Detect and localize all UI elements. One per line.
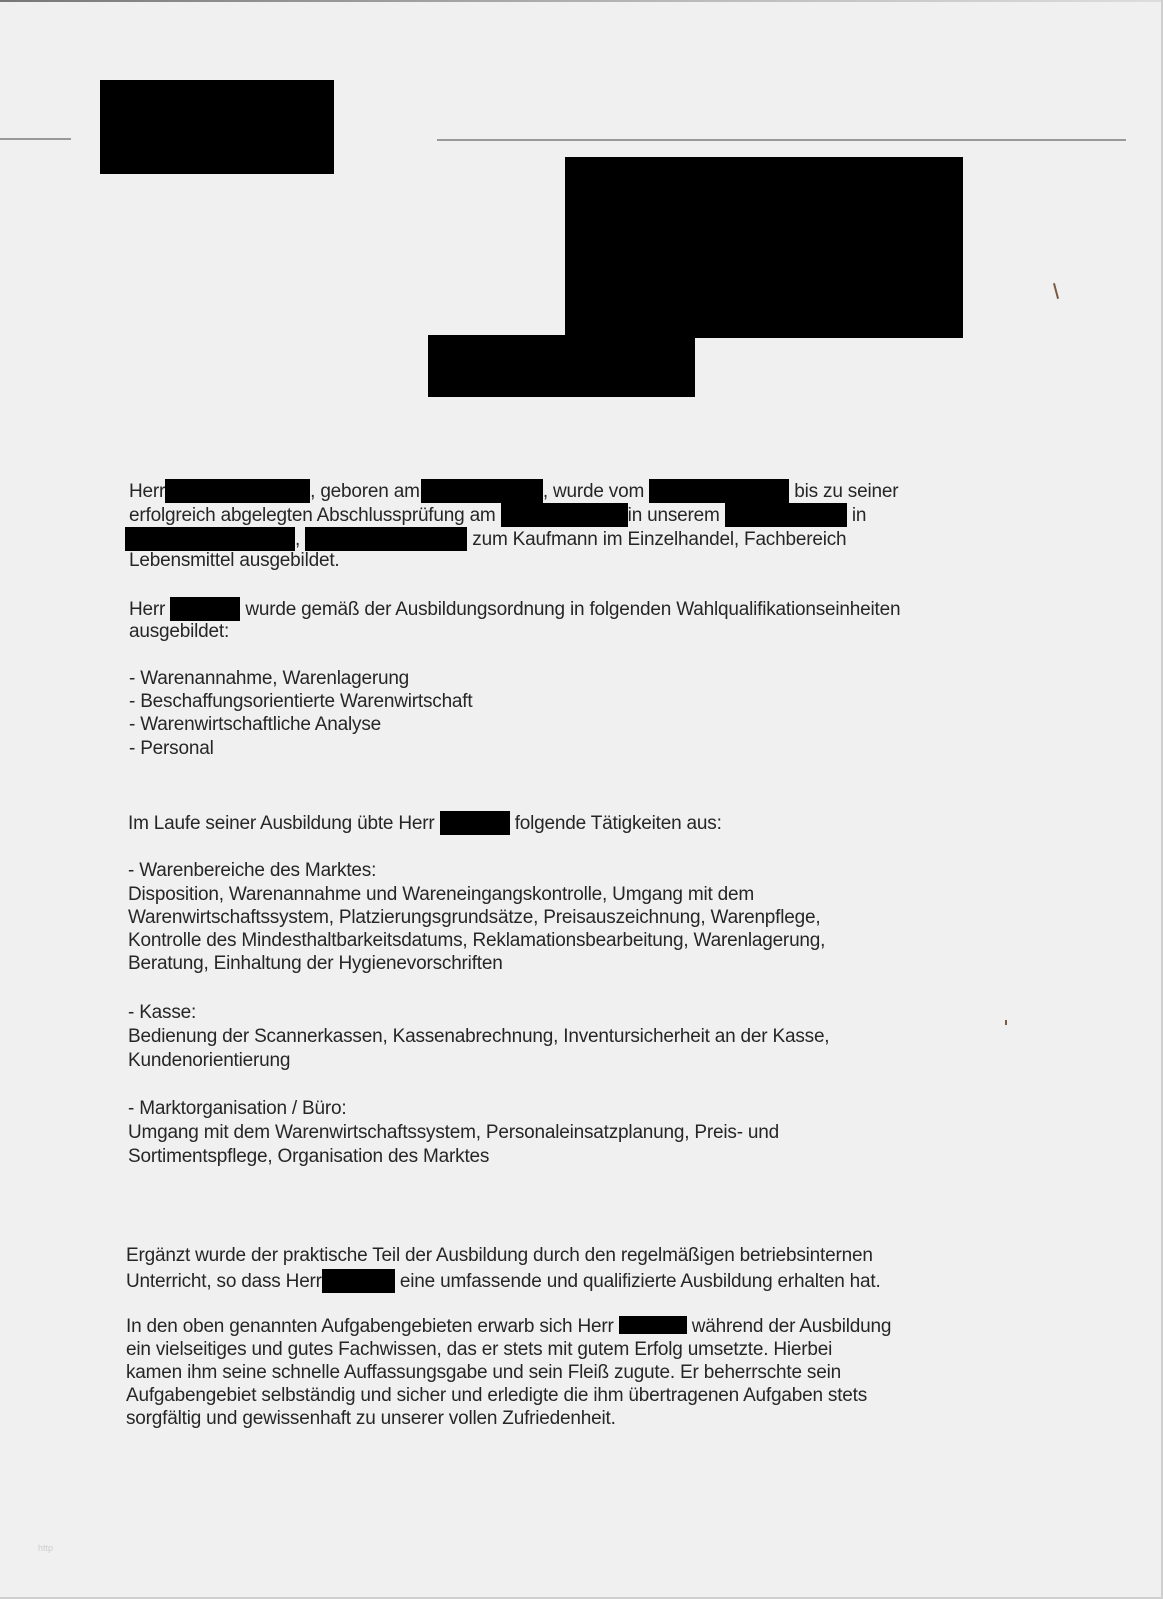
redacted-logo [100, 80, 334, 174]
taetigkeiten-intro: Im Laufe seiner Ausbildung übte Herr fol… [128, 811, 722, 835]
wq-item: - Warenwirtschaftliche Analyse [129, 714, 381, 736]
intro-line-1: Herr, geboren am , wurde vom bis zu sein… [129, 479, 898, 503]
section-line: Warenwirtschaftssystem, Platzierungsgrun… [128, 907, 820, 929]
wq-line-2: ausgebildet: [129, 621, 229, 643]
footer-watermark: http [38, 1543, 53, 1553]
intro-line-3: , zum Kaufmann im Einzelhandel, Fachbere… [125, 527, 846, 551]
unterricht-line-2: Unterricht, so dass Herr eine umfassende… [126, 1269, 881, 1293]
redacted-name [165, 479, 310, 503]
text: wurde gemäß der Ausbildungsordnung in fo… [245, 599, 900, 620]
bewertung-line: Aufgabengebiet selbständig und sicher un… [126, 1385, 867, 1407]
redacted-name [170, 597, 240, 621]
bewertung-line: ein vielseitiges und gutes Fachwissen, d… [126, 1339, 832, 1361]
text: Im Laufe seiner Ausbildung übte Herr [128, 813, 435, 834]
redacted-address-block [565, 157, 963, 338]
redacted-exam-date [501, 503, 628, 527]
text: erfolgreich abgelegten Abschlussprüfung … [129, 505, 496, 526]
bewertung-line: kamen ihm seine schnelle Auffassungsgabe… [126, 1362, 841, 1384]
header-rule-left [0, 138, 71, 140]
text: folgende Tätigkeiten aus: [515, 813, 722, 834]
section-heading: - Marktorganisation / Büro: [128, 1098, 346, 1120]
wq-line-1: Herr wurde gemäß der Ausbildungsordnung … [129, 597, 900, 621]
text: eine umfassende und qualifizierte Ausbil… [400, 1271, 881, 1292]
bewertung-line-1: In den oben genannten Aufgabengebieten e… [126, 1316, 891, 1338]
redacted-birthdate [421, 479, 543, 503]
redacted-location [125, 527, 295, 551]
section-line: Umgang mit dem Warenwirtschaftssystem, P… [128, 1122, 779, 1144]
text: Unterricht, so dass Herr [126, 1271, 322, 1292]
text: , wurde vom [543, 481, 644, 502]
redacted-name [619, 1316, 687, 1334]
section-line: Disposition, Warenannahme und Wareneinga… [128, 884, 754, 906]
section-line: Beratung, Einhaltung der Hygienevorschri… [128, 953, 503, 975]
header-rule-right [437, 139, 1126, 141]
wq-item: - Warenannahme, Warenlagerung [129, 668, 409, 690]
text: zum Kaufmann im Einzelhandel, Fachbereic… [472, 529, 846, 550]
text: , geboren am [310, 481, 420, 502]
bewertung-line: sorgfältig und gewissenhaft zu unserer v… [126, 1408, 616, 1430]
text: in unserem [628, 505, 720, 526]
unterricht-line-1: Ergänzt wurde der praktische Teil der Au… [126, 1245, 873, 1267]
text: Herr [129, 481, 165, 502]
redacted-start-date [649, 479, 789, 503]
section-line: Sortimentspflege, Organisation des Markt… [128, 1146, 489, 1168]
section-line: Bedienung der Scannerkassen, Kassenabrec… [128, 1026, 829, 1048]
text: In den oben genannten Aufgabengebieten e… [126, 1316, 614, 1337]
wq-item: - Beschaffungsorientierte Warenwirtschaf… [129, 691, 472, 713]
intro-line-2: erfolgreich abgelegten Abschlussprüfung … [129, 503, 866, 527]
scan-edge-top [0, 0, 1163, 2]
wq-item: - Personal [129, 738, 214, 760]
section-heading: - Kasse: [128, 1002, 196, 1024]
scan-speck [1053, 283, 1059, 299]
section-line: Kundenorientierung [128, 1050, 290, 1072]
redacted-name [440, 811, 510, 835]
section-heading: - Warenbereiche des Marktes: [128, 860, 376, 882]
text: in [852, 505, 866, 526]
redacted-address [305, 527, 467, 551]
scan-speck [1005, 1020, 1007, 1025]
redacted-company-unit [725, 503, 847, 527]
intro-line-4: Lebensmittel ausgebildet. [129, 550, 339, 572]
text: , [295, 529, 300, 550]
redacted-address-block-lower [428, 335, 695, 397]
text: bis zu seiner [794, 481, 898, 502]
redacted-name [322, 1269, 395, 1293]
text: Herr [129, 599, 165, 620]
text: während der Ausbildung [692, 1316, 891, 1337]
section-line: Kontrolle des Mindesthaltbarkeitsdatums,… [128, 930, 825, 952]
